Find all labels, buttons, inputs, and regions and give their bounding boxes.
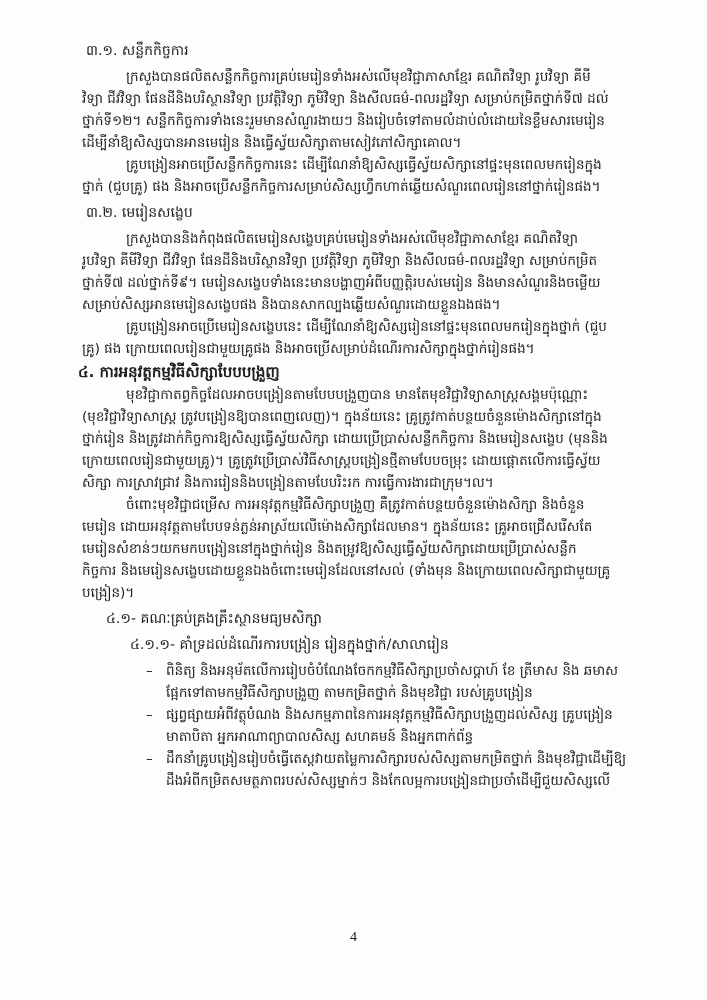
text-line: មាតាបិតា អ្នកអាណាព្យាបាលសិស្ស សហគមន៍ និង… — [82, 726, 636, 748]
text-line: បង្រៀន)។ — [82, 582, 636, 604]
dash-bullet-icon: – — [146, 660, 153, 682]
text-line: – ផ្សព្វផ្សាយអំពីវត្ថុបំណង និងសកម្មភាពនៃ… — [82, 704, 636, 726]
text-line: កិច្ចការ និងមេរៀនសង្ខេបដោយខ្លួនឯងចំពោះមេ… — [82, 560, 636, 582]
text-line: ក្រសួងបាននិងកំពុងផលិតមេរៀនសង្ខេបគ្រប់មេរ… — [82, 228, 636, 250]
list-item: – ដឹកនាំគ្រូបង្រៀនរៀបចំធ្វើតេស្តវាយតម្លៃ… — [82, 748, 636, 792]
text-line: គ្រូបង្រៀនអាចប្រើមេរៀនសង្ខេបនេះ ដើម្បីណែ… — [82, 316, 636, 338]
section-4-paragraph-1: មុខវិជ្ជាកាតព្វកិច្ចដែលអាចបង្រៀនតាមបែបបង… — [82, 384, 636, 494]
text-line: គ្រូ) ផង ក្រោយពេលរៀនជាមួយគ្រូផង និងអាចប្… — [82, 338, 636, 360]
text-line: ដើម្បីនាំឱ្យសិស្សបានអានមេរៀន និងធ្វើស្វ័… — [82, 132, 636, 154]
document-page: ៣.១. សន្លឹកកិច្ចការ ក្រសួងបានផលិតសន្លឹកក… — [0, 0, 707, 1000]
text-line: មេរៀនសំខាន់ៗយកមកបង្រៀននៅក្នុងថ្នាក់រៀន ន… — [82, 538, 636, 560]
text-line: រូបវិទ្យា គីមីវិទ្យា ជីវវិទ្យា ផែនដីនិងប… — [82, 250, 636, 272]
text-line: គ្រូបង្រៀនអាចប្រើសន្លឹកកិច្ចការនេះ ដើម្ប… — [82, 154, 636, 176]
bullet-list: – ពិនិត្យ និងអនុម័តលើការរៀបចំបំណែងចែកកម្… — [82, 660, 636, 792]
text-line: មុខវិជ្ជាកាតព្វកិច្ចដែលអាចបង្រៀនតាមបែបបង… — [82, 384, 636, 406]
text-line: ថ្នាក់រៀន និងត្រូវដាក់កិច្ចការឱ្យសិស្សធ្… — [82, 428, 636, 450]
text-line: ក្រសួងបានផលិតសន្លឹកកិច្ចការគ្រប់មេរៀនទាំ… — [82, 66, 636, 88]
dash-bullet-icon: – — [146, 704, 153, 726]
bullet-text: ផ្សព្វផ្សាយអំពីវត្ថុបំណង និងសកម្មភាពនៃកា… — [166, 707, 613, 723]
text-line: ថ្នាក់ (ជួបគ្រូ) ផង និងអាចប្រើសន្លឹកកិច្… — [82, 176, 636, 198]
text-line: ថ្នាក់ទី៧ ដល់ថ្នាក់ទី៩។ មេរៀនសង្ខេបទាំងន… — [82, 272, 636, 294]
section-4-1-heading: ៤.១- គណៈគ្រប់គ្រងគ្រឹះស្ថានមធ្យមសិក្សា — [106, 608, 636, 630]
text-line: សម្រាប់សិស្សអានមេរៀនសង្ខេបផង និងបានសាកល្… — [82, 294, 636, 316]
text-line: សិក្សា ការស្រាវជ្រាវ និងការរៀននិងបង្រៀនត… — [82, 472, 636, 494]
list-item: – ពិនិត្យ និងអនុម័តលើការរៀបចំបំណែងចែកកម្… — [82, 660, 636, 704]
text-line: – ពិនិត្យ និងអនុម័តលើការរៀបចំបំណែងចែកកម្… — [82, 660, 636, 682]
text-line: ក្រោយពេលរៀនជាមួយគ្រូ)។ គ្រូត្រូវប្រើប្រា… — [82, 450, 636, 472]
page-number: 4 — [0, 930, 707, 946]
text-line: ដឹងអំពីកម្រិតសមត្ថភាពរបស់សិស្សម្នាក់ៗ និ… — [82, 770, 636, 792]
dash-bullet-icon: – — [146, 748, 153, 770]
bullet-text: ពិនិត្យ និងអនុម័តលើការរៀបចំបំណែងចែកកម្មវ… — [166, 663, 618, 679]
bullet-text: ដឹកនាំគ្រូបង្រៀនរៀបចំធ្វើតេស្តវាយតម្លៃកា… — [166, 751, 626, 767]
text-line: ផ្អែកទៅតាមកម្មវិធីសិក្សាបង្រួញ តាមកម្រិត… — [82, 682, 636, 704]
text-line: ចំពោះមុខវិជ្ជាជម្រើស ការអនុវត្តកម្មវិធីស… — [82, 494, 636, 516]
section-4-1-1-heading: ៤.១.១- គាំទ្រដល់ដំណើរការបង្រៀន រៀនក្នុងថ… — [130, 634, 636, 656]
text-line: វិទ្យា ជីវវិទ្យា ផែនដីនិងបរិស្ថានវិទ្យា … — [82, 88, 636, 110]
section-3-1-paragraph-2: គ្រូបង្រៀនអាចប្រើសន្លឹកកិច្ចការនេះ ដើម្ប… — [82, 154, 636, 198]
section-4-heading: ៤. ការអនុវត្តកម្មវិធីសិក្សាបែបបង្រួញ — [78, 360, 636, 384]
text-line: មេរៀន ដោយអនុវត្តតាមបែបទន់ភ្លន់អាស្រ័យលើម… — [82, 516, 636, 538]
section-3-1-heading: ៣.១. សន្លឹកកិច្ចការ — [86, 40, 636, 62]
section-3-2-paragraph-2: គ្រូបង្រៀនអាចប្រើមេរៀនសង្ខេបនេះ ដើម្បីណែ… — [82, 316, 636, 360]
section-4-paragraph-2: ចំពោះមុខវិជ្ជាជម្រើស ការអនុវត្តកម្មវិធីស… — [82, 494, 636, 604]
section-3-2-paragraph-1: ក្រសួងបាននិងកំពុងផលិតមេរៀនសង្ខេបគ្រប់មេរ… — [82, 228, 636, 316]
text-line: – ដឹកនាំគ្រូបង្រៀនរៀបចំធ្វើតេស្តវាយតម្លៃ… — [82, 748, 636, 770]
section-3-2-heading: ៣.២. មេរៀនសង្ខេប — [86, 202, 636, 224]
text-line: (មុខវិជ្ជាវិទ្យាសាស្ត្រ ត្រូវបង្រៀនឱ្យបា… — [82, 406, 636, 428]
list-item: – ផ្សព្វផ្សាយអំពីវត្ថុបំណង និងសកម្មភាពនៃ… — [82, 704, 636, 748]
page-content: ៣.១. សន្លឹកកិច្ចការ ក្រសួងបានផលិតសន្លឹកក… — [82, 40, 636, 792]
section-3-1-paragraph-1: ក្រសួងបានផលិតសន្លឹកកិច្ចការគ្រប់មេរៀនទាំ… — [82, 66, 636, 154]
text-line: ថ្នាក់ទី១២។ សន្លឹកកិច្ចការទាំងនេះរួមមានស… — [82, 110, 636, 132]
